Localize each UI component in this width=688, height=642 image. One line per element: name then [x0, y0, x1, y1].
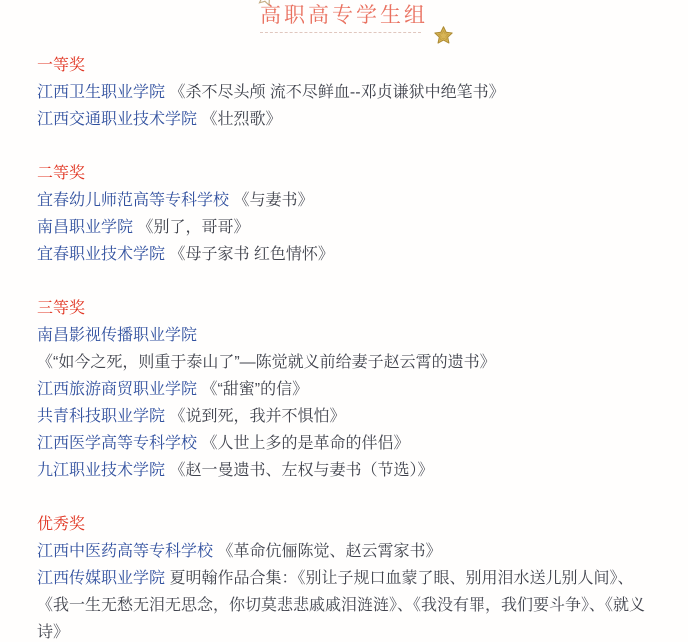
work-title: 《壮烈歌》: [201, 111, 281, 128]
school-name: 南昌职业学院: [37, 219, 133, 236]
award-section-second-prize: 二等奖 宜春幼儿师范高等专科学校 《与妻书》 南昌职业学院 《别了，哥哥》 宜春…: [37, 160, 655, 268]
award-entry: 宜春幼儿师范高等专科学校 《与妻书》: [37, 187, 655, 214]
award-section-excellence-prize: 优秀奖 江西中医药高等专科学校 《革命伉俪陈觉、赵云霄家书》 江西传媒职业学院 …: [37, 511, 655, 642]
award-entry: 江西交通职业技术学院 《壮烈歌》: [37, 106, 655, 133]
award-entry: 江西传媒职业学院 夏明翰作品合集：《别让子规口血蒙了眼、别用泪水送儿别人间》、《…: [37, 565, 655, 642]
work-title: 《杀不尽头颅 流不尽鲜血--邓贞谦狱中绝笔书》: [169, 84, 504, 101]
award-section-third-prize: 三等奖 南昌影视传播职业学院 《“如今之死，则重于泰山了”—陈觉就义前给妻子赵云…: [37, 295, 655, 484]
award-entry: 九江职业技术学院 《赵一曼遗书、左权与妻书（节选）》: [37, 457, 655, 484]
award-section-first-prize: 一等奖 江西卫生职业学院 《杀不尽头颅 流不尽鲜血--邓贞谦狱中绝笔书》 江西交…: [37, 52, 655, 133]
group-title: 高职高专学生组: [260, 3, 428, 29]
work-title: 《赵一曼遗书、左权与妻书（节选）》: [169, 462, 433, 479]
gold-star-icon: [433, 25, 454, 46]
school-name: 江西旅游商贸职业学院: [37, 381, 197, 398]
work-title: 《“甜蜜”的信》: [201, 381, 308, 398]
work-title: 《说到死，我并不惧怕》: [169, 408, 345, 425]
school-name: 江西中医药高等专科学校: [37, 543, 213, 560]
award-entry: 南昌职业学院 《别了，哥哥》: [37, 214, 655, 241]
school-name: 共青科技职业学院: [37, 408, 165, 425]
work-title: 《与妻书》: [233, 192, 313, 209]
award-heading: 二等奖: [37, 160, 655, 187]
group-header: 高职高专学生组: [0, 0, 688, 33]
school-name: 江西交通职业技术学院: [37, 111, 197, 128]
school-name: 南昌影视传播职业学院: [37, 327, 197, 344]
award-entry: 宜春职业技术学院 《母子家书 红色情怀》: [37, 241, 655, 268]
work-title: 《母子家书 红色情怀》: [169, 246, 333, 263]
school-name: 江西传媒职业学院: [37, 570, 165, 587]
awards-article: 高职高专学生组 一等奖 江西卫生职业学院 《杀不尽头颅 流不尽鲜血--邓贞谦狱中…: [0, 0, 688, 642]
award-heading: 一等奖: [37, 52, 655, 79]
award-entry: 江西医学高等专科学校 《人世上多的是革命的伴侣》: [37, 430, 655, 457]
award-entry: 江西旅游商贸职业学院 《“甜蜜”的信》: [37, 376, 655, 403]
award-entry: 南昌影视传播职业学院 《“如今之死，则重于泰山了”—陈觉就义前给妻子赵云霄的遗书…: [37, 322, 655, 376]
award-heading: 优秀奖: [37, 511, 655, 538]
school-name: 江西医学高等专科学校: [37, 435, 197, 452]
school-name: 宜春职业技术学院: [37, 246, 165, 263]
award-entry: 共青科技职业学院 《说到死，我并不惧怕》: [37, 403, 655, 430]
awards-list: 一等奖 江西卫生职业学院 《杀不尽头颅 流不尽鲜血--邓贞谦狱中绝笔书》 江西交…: [0, 52, 688, 642]
work-title: 《人世上多的是革命的伴侣》: [201, 435, 409, 452]
dashed-divider: [260, 32, 421, 33]
award-heading: 三等奖: [37, 295, 655, 322]
school-name: 江西卫生职业学院: [37, 84, 165, 101]
group-header-inner: 高职高专学生组: [260, 3, 428, 33]
school-name: 九江职业技术学院: [37, 462, 165, 479]
work-title: 《“如今之死，则重于泰山了”—陈觉就义前给妻子赵云霄的遗书》: [37, 354, 496, 371]
work-title: 《别了，哥哥》: [137, 219, 249, 236]
work-title: 《革命伉俪陈觉、赵云霄家书》: [217, 543, 441, 560]
award-entry: 江西中医药高等专科学校 《革命伉俪陈觉、赵云霄家书》: [37, 538, 655, 565]
award-entry: 江西卫生职业学院 《杀不尽头颅 流不尽鲜血--邓贞谦狱中绝笔书》: [37, 79, 655, 106]
school-name: 宜春幼儿师范高等专科学校: [37, 192, 229, 209]
